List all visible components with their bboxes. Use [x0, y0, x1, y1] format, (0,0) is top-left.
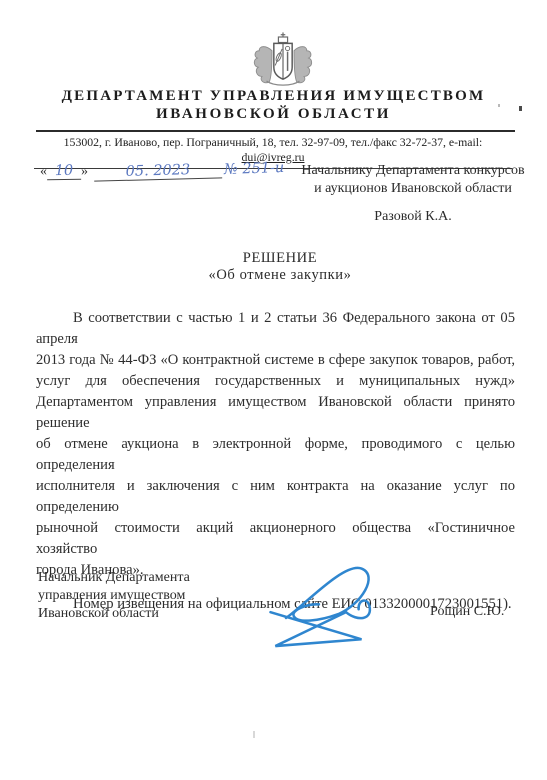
contact-address-text: 153002, г. Иваново, пер. Пограничный, 18… — [64, 135, 483, 149]
org-name-line1: ДЕПАРТАМЕНТ УПРАВЛЕНИЯ ИМУЩЕСТВОМ — [0, 88, 547, 105]
body-line: услуг для обеспечения государственных и … — [36, 371, 515, 392]
signer-name: Рощин С.Ю. — [430, 604, 540, 620]
signer-position-block: Начальник Департамента управления имущес… — [38, 569, 238, 623]
handwritten-month-year: 05. 2023 — [94, 161, 222, 181]
body-line: 2013 года № 44-ФЗ «О контрактной системе… — [36, 350, 515, 371]
date-number-line: «10»05. 2023№ 251-и — [40, 163, 280, 180]
letterhead-org-name: ДЕПАРТАМЕНТ УПРАВЛЕНИЯ ИМУЩЕСТВОМ ИВАНОВ… — [0, 88, 547, 123]
addressee-name: Разовой К.А. — [295, 208, 531, 226]
body-line: рыночной стоимости акций акционерного об… — [36, 518, 515, 560]
ivanovo-region-coat-of-arms-icon — [250, 29, 316, 94]
scan-speck — [498, 104, 500, 107]
handwritten-doc-number: № 251-и — [224, 160, 285, 178]
addressee-line2: и аукционов Ивановской области — [295, 180, 531, 198]
scan-speck — [253, 731, 255, 738]
addressee-block: Начальнику Департамента конкурсов и аукц… — [295, 162, 531, 226]
signer-position-line1: Начальник Департамента — [38, 569, 238, 587]
addressee-line1: Начальнику Департамента конкурсов — [295, 162, 531, 180]
body-line: Департаментом управления имуществом Иван… — [36, 392, 515, 434]
document-title: РЕШЕНИЕ «Об отмене закупки» — [0, 250, 547, 283]
scan-speck — [519, 106, 522, 111]
org-name-line2: ИВАНОВСКОЙ ОБЛАСТИ — [0, 106, 547, 123]
signer-position-line3: Ивановской области — [38, 605, 238, 623]
body-line: об отмене аукциона в электронной форме, … — [36, 434, 515, 476]
letterhead-divider-rule — [36, 130, 515, 132]
signer-position-line2: управления имуществом — [38, 587, 238, 605]
handwritten-day: 10 — [47, 163, 81, 181]
scanned-letter-page: ДЕПАРТАМЕНТ УПРАВЛЕНИЯ ИМУЩЕСТВОМ ИВАНОВ… — [0, 0, 547, 780]
document-title-word: РЕШЕНИЕ — [0, 250, 547, 267]
body-line: исполнителя и заключения с ним контракта… — [36, 476, 515, 518]
body-line: В соответствии с частью 1 и 2 статьи 36 … — [36, 308, 515, 350]
handwritten-signature — [266, 556, 398, 653]
close-quote-mark: » — [81, 164, 88, 179]
document-subtitle: «Об отмене закупки» — [0, 267, 547, 284]
